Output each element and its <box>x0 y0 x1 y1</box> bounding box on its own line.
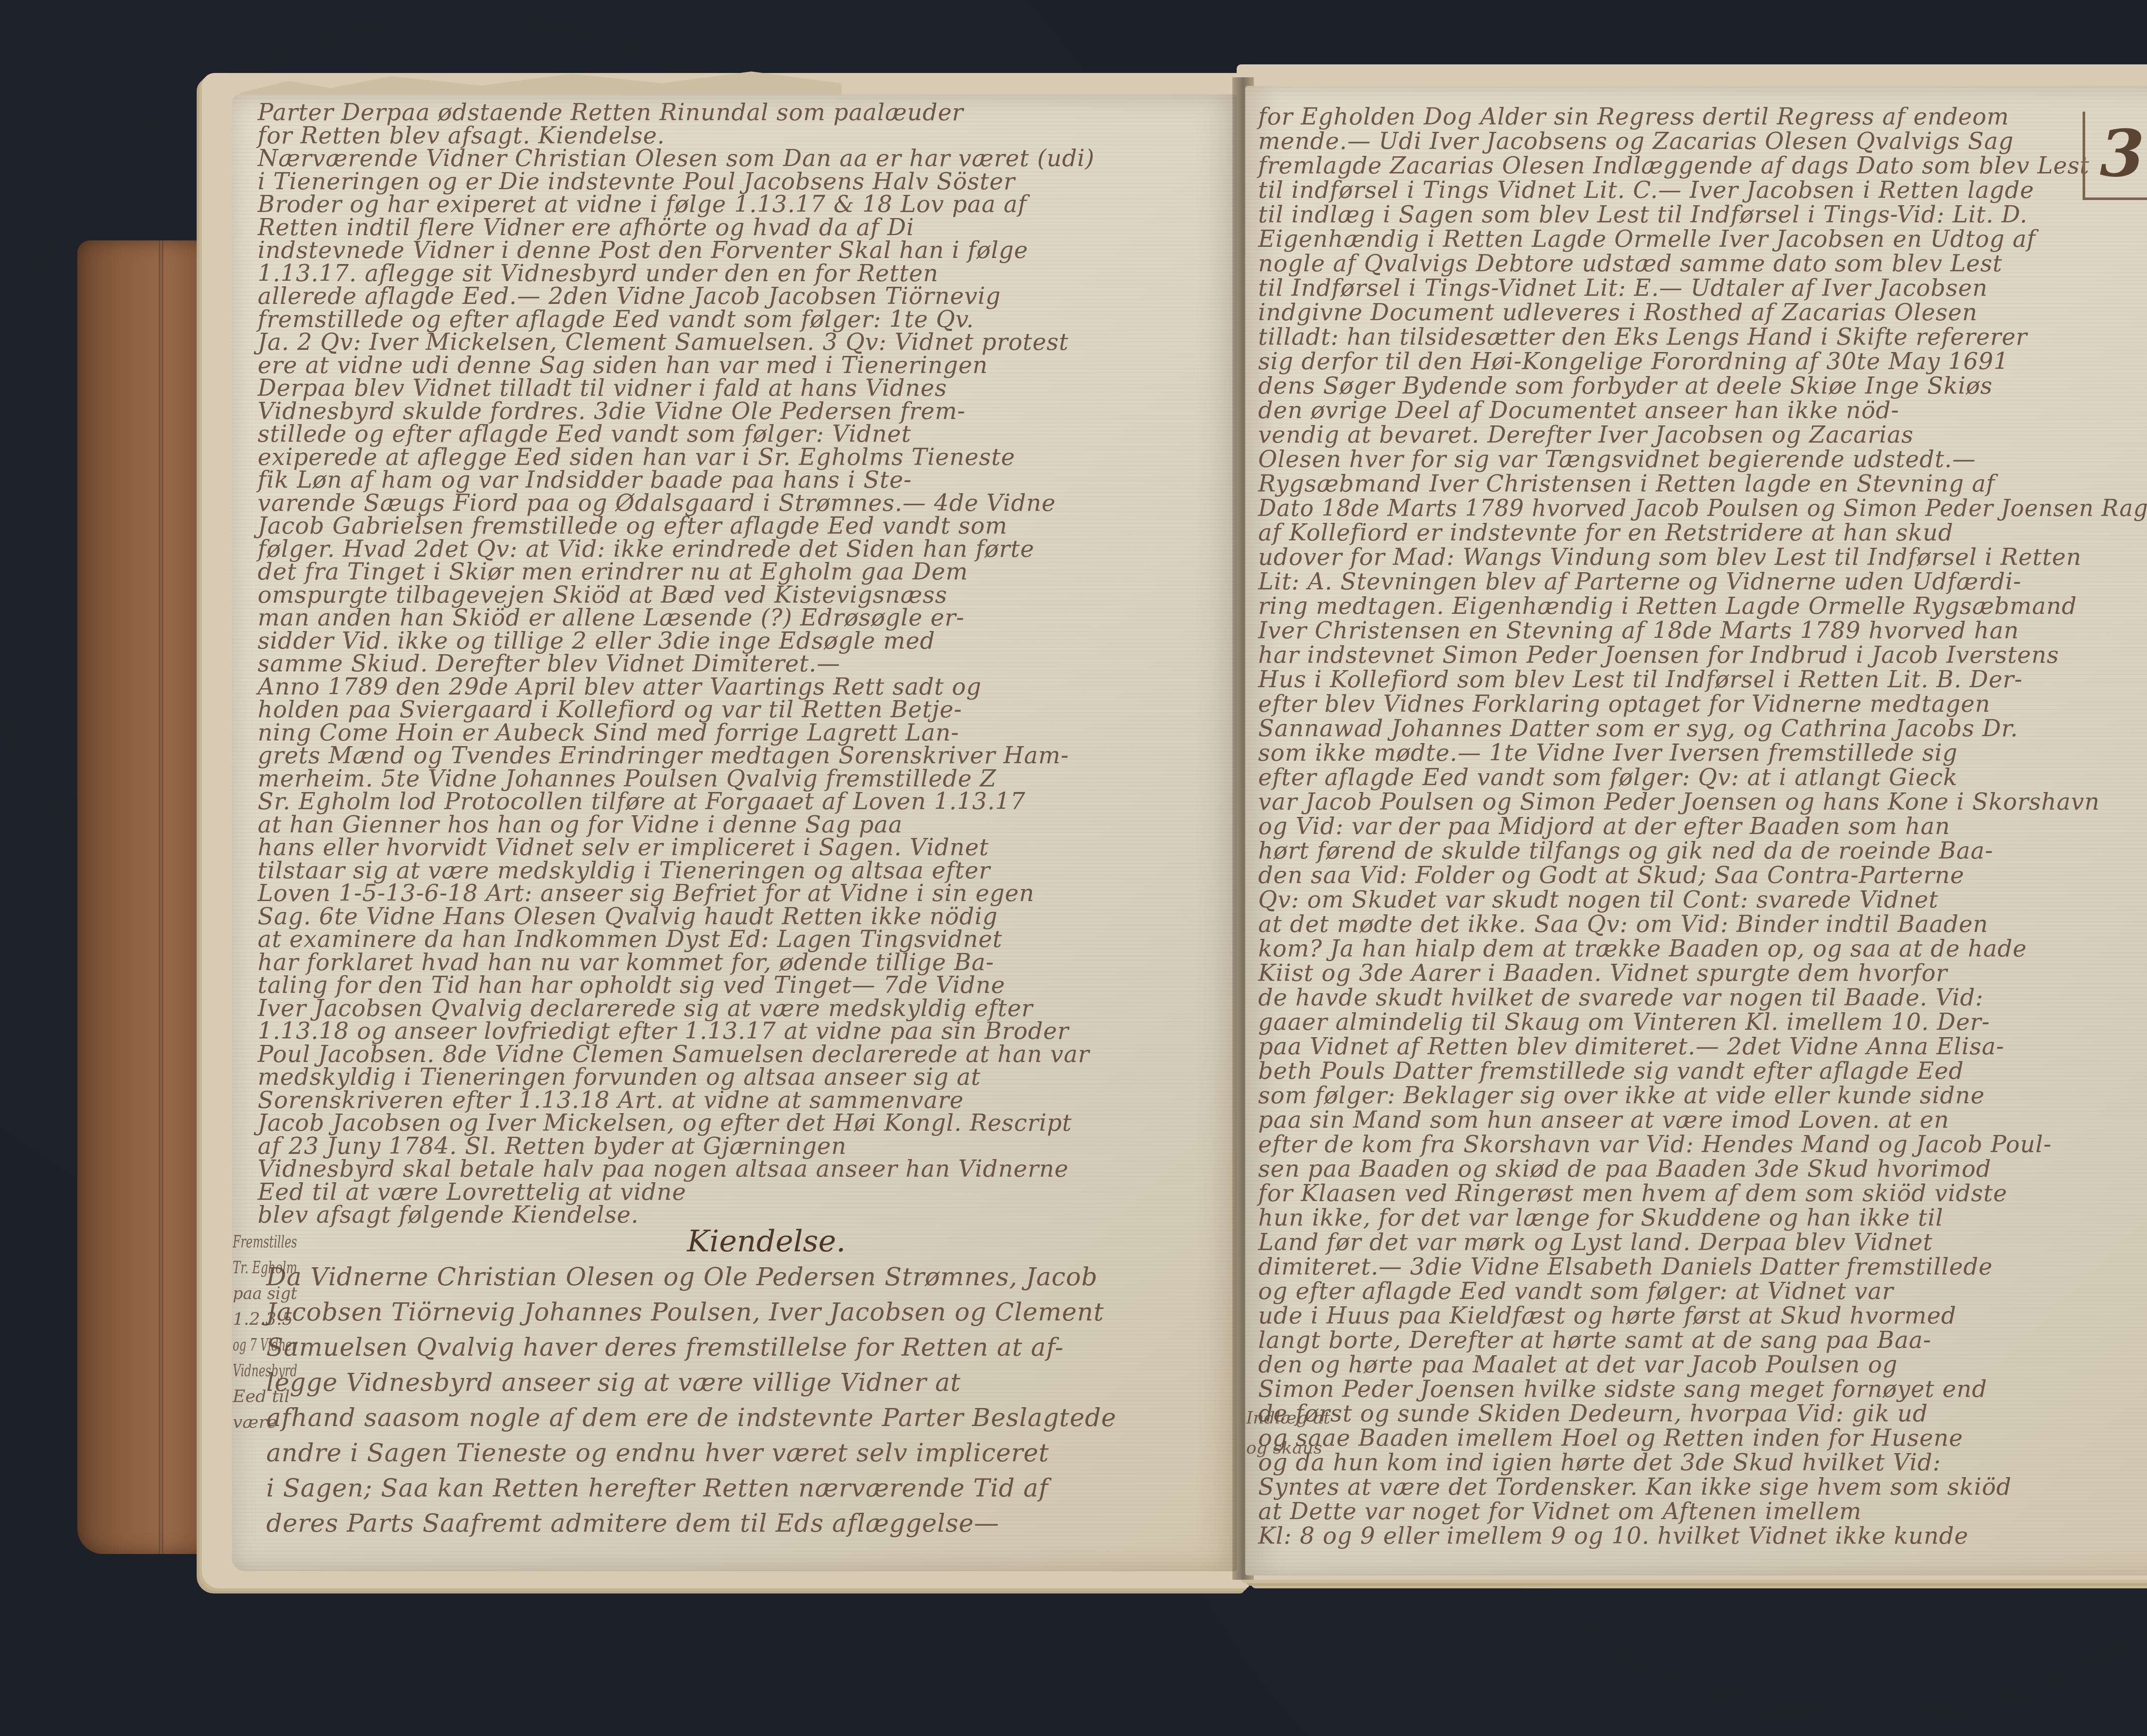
manuscript-line: paa Vidnet af Retten blev dimiteret.— 2d… <box>1258 1033 2004 1060</box>
manuscript-line: den saa Vid: Folder og Godt at Skud; Saa… <box>1258 862 1965 889</box>
manuscript-line: mende.— Udi Iver Jacobsens og Zacarias O… <box>1258 127 2013 155</box>
manuscript-line: Hus i Kollefiord som blev Lest til Indfø… <box>1258 666 2022 693</box>
manuscript-line: være <box>233 1412 277 1432</box>
manuscript-line: for Klaasen ved Ringerøst men hvem af de… <box>1258 1180 2007 1207</box>
manuscript-line: og skaus <box>1246 1438 1322 1458</box>
manuscript-line: Iver Christensen en Stevning af 18de Mar… <box>1258 617 2019 644</box>
manuscript-line: fremlagde Zacarias Olesen Indlæggende af… <box>1258 152 2089 179</box>
manuscript-line: Tr. Egholm <box>233 1258 297 1278</box>
manuscript-line: Sannawad Johannes Datter som er syg, og … <box>1258 715 2018 742</box>
manuscript-line: Qv: om Skudet var skudt nogen til Cont: … <box>1258 886 1938 913</box>
manuscript-line: dens Søger Bydende som forbyder at deele… <box>1258 372 1992 399</box>
folio-number: 31. <box>2100 116 2147 191</box>
manuscript-line: som ikke mødte.— 1te Vidne Iver Iversen … <box>1258 739 1958 766</box>
manuscript-line: Rygsæbmand Iver Christensen i Retten lag… <box>1258 470 1995 497</box>
manuscript-line: Eigenhændig i Retten Lagde Ormelle Iver … <box>1258 225 2036 252</box>
manuscript-line: Syntes at være det Tordensker. Kan ikke … <box>1258 1473 2012 1500</box>
manuscript-line: til Indførsel i Tings-Vidnet Lit: E.— Ud… <box>1258 274 1988 301</box>
manuscript-line: Simon Peder Joensen hvilke sidste sang m… <box>1258 1375 1987 1402</box>
manuscript-line: andre i Sagen Tieneste og endnu hver vær… <box>266 1438 1049 1467</box>
manuscript-line: sig derfor til den Høi-Kongelige Forordn… <box>1258 348 2009 375</box>
manuscript-line: de først og sunde Skiden Dedeurn, hvorpa… <box>1258 1400 1928 1427</box>
manuscript-line: Vidnesbyrd <box>233 1361 297 1381</box>
manuscript-line: kom? Ja han hialp dem at trække Baaden o… <box>1258 935 2027 962</box>
manuscript-line: dimiteret.— 3die Vidne Elsabeth Daniels … <box>1258 1253 1993 1280</box>
manuscript-line: Da Vidnerne Christian Olesen og Ole Pede… <box>266 1262 1098 1291</box>
manuscript-line: og 7 Vidner <box>233 1335 297 1355</box>
manuscript-line: Land før det var mørk og Lyst land. Derp… <box>1258 1229 1933 1256</box>
kiendelse-heading: Kiendelse. <box>687 1223 845 1259</box>
manuscript-line: at Dette var noget for Vidnet om Aftenen… <box>1258 1498 1862 1525</box>
manuscript-line: den og hørte paa Maalet at det var Jacob… <box>1258 1351 1898 1378</box>
manuscript-line: deres Parts Saafremt admitere dem til Ed… <box>266 1508 999 1538</box>
manuscript-line: hun ikke, for det var længe for Skuddene… <box>1258 1204 1943 1231</box>
manuscript-line: langt borte, Derefter at hørte samt at d… <box>1258 1326 1931 1354</box>
right-page: for Egholden Dog Alder sin Regress derti… <box>1245 86 2147 1575</box>
manuscript-line: 1.2.3.5 <box>233 1309 293 1329</box>
manuscript-line: legge Vidnesbyrd anseer sig at være vill… <box>266 1368 961 1397</box>
manuscript-line: Indlæg at <box>1246 1408 1330 1428</box>
manuscript-line: har indstevnet Simon Peder Joensen for I… <box>1258 641 2059 668</box>
manuscript-line: til indlæg i Sagen som blev Lest til Ind… <box>1258 201 2028 228</box>
manuscript-line: blev afsagt følgende Kiendelse. <box>258 1201 639 1228</box>
manuscript-line: afhand saasom nogle af dem ere de indste… <box>266 1403 1116 1432</box>
manuscript-line: Kl: 8 og 9 eller imellem 9 og 10. hvilke… <box>1258 1522 1968 1549</box>
manuscript-line: efter de kom fra Skorshavn var Vid: Hend… <box>1258 1131 2052 1158</box>
manuscript-line: Jacobsen Tiörnevig Johannes Poulsen, Ive… <box>266 1297 1104 1326</box>
manuscript-line: i Sagen; Saa kan Retten herefter Retten … <box>266 1473 1048 1502</box>
manuscript-line: ude i Huus paa Kieldfæst og hørte først … <box>1258 1302 1956 1329</box>
manuscript-line: vendig at bevaret. Derefter Iver Jacobse… <box>1258 421 1913 448</box>
manuscript-line: sen paa Baaden og skiød de paa Baaden 3d… <box>1258 1155 1991 1182</box>
manuscript-line: Lit: A. Stevningen blev af Parterne og V… <box>1258 568 2022 595</box>
manuscript-line: Kiist og 3de Aarer i Baaden. Vidnet spur… <box>1258 959 1947 986</box>
manuscript-line: tilladt: han tilsidesætter den Eks Lengs… <box>1258 323 2027 350</box>
manuscript-line: indgivne Document udleveres i Rosthed af… <box>1258 299 1977 326</box>
manuscript-line: at det mødte det ikke. Saa Qv: om Vid: B… <box>1258 910 1988 938</box>
manuscript-line: som følger: Beklager sig over ikke at vi… <box>1258 1082 1985 1109</box>
manuscript-line: Samuelsen Qvalvig haver deres fremstille… <box>266 1332 1064 1362</box>
manuscript-line: Eed til <box>233 1387 290 1406</box>
manuscript-line: efter blev Vidnes Forklaring optaget for… <box>1258 690 1990 717</box>
manuscript-line: Olesen hver for sig var Tængsvidnet begi… <box>1258 446 1976 473</box>
leather-seam <box>159 240 163 1554</box>
manuscript-line: Fremstilles <box>233 1232 297 1252</box>
manuscript-line: beth Pouls Datter fremstillede sig vandt… <box>1258 1057 1964 1084</box>
manuscript-line: og efter aflagde Eed vandt som følger: a… <box>1258 1278 1894 1305</box>
manuscript-line: for Egholden Dog Alder sin Regress derti… <box>1258 103 2009 130</box>
manuscript-line: den øvrige Deel af Documentet anseer han… <box>1258 397 1899 424</box>
manuscript-line: og Vid: var der paa Midjord at der efter… <box>1258 813 1950 840</box>
manuscript-line: til indførsel i Tings Vidnet Lit. C.— Iv… <box>1258 176 2034 203</box>
manuscript-line: ring medtagen. Eigenhændig i Retten Lagd… <box>1258 592 2077 619</box>
manuscript-line: Dato 18de Marts 1789 hvorved Jacob Pouls… <box>1258 495 2147 522</box>
manuscript-line: nogle af Qvalvigs Debtore udstæd samme d… <box>1258 250 2002 277</box>
manuscript-line: af Kollefiord er indstevnte for en Retst… <box>1258 519 1953 546</box>
manuscript-line: paa sigt <box>233 1284 297 1303</box>
manuscript-line: gaaer almindelig til Skaug om Vinteren K… <box>1258 1008 1990 1035</box>
manuscript-line: var Jacob Poulsen og Simon Peder Joensen… <box>1258 788 2100 815</box>
manuscript-line: paa sin Mand som hun anseer at være imod… <box>1258 1106 1949 1133</box>
manuscript-line: hørt førend de skulde tilfangs og gik ne… <box>1258 837 1993 864</box>
left-page: Parter Derpaa ødstaende Retten Rinundal … <box>232 94 1237 1571</box>
manuscript-line: udover for Mad: Wangs Vindung som blev L… <box>1258 543 2082 571</box>
manuscript-line: og saae Baaden imellem Hoel og Retten in… <box>1258 1424 1963 1451</box>
manuscript-line: efter aflagde Eed vandt som følger: Qv: … <box>1258 764 1958 791</box>
manuscript-line: de havde skudt hvilket de svarede var no… <box>1258 984 1983 1011</box>
manuscript-line: og da hun kom ind igien hørte det 3de Sk… <box>1258 1449 1941 1476</box>
